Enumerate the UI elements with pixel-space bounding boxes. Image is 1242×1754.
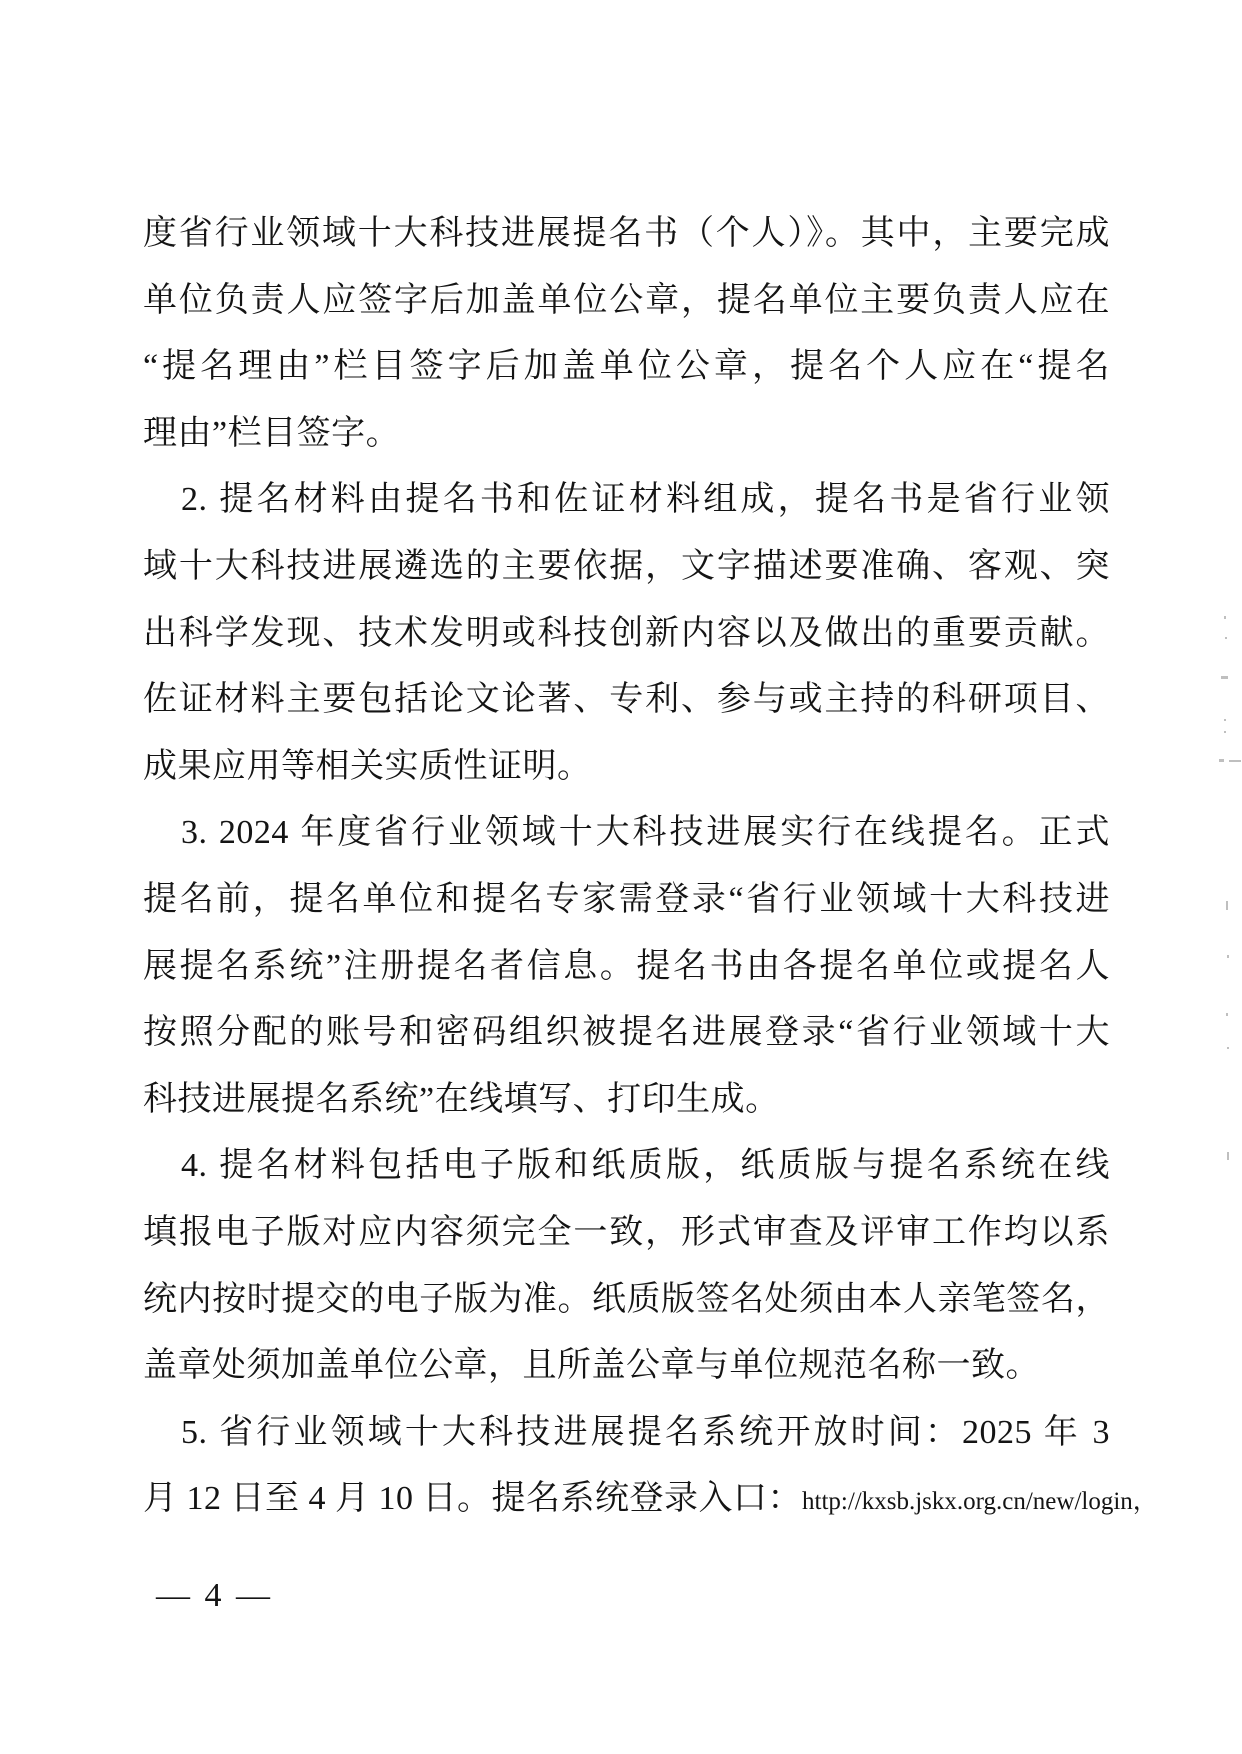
scan-artifact [1226,901,1228,910]
text-line: 出科学发现、技术发明或科技创新内容以及做出的重要贡献。 [143,601,1110,668]
document-page: 度省行业领域十大科技进展提名书（个人）》。其中，主要完成 单位负责人应签字后加盖… [0,0,1242,1754]
scan-artifact [1227,1152,1229,1160]
text-line: 按照分配的账号和密码组织被提名进展登录“省行业领域十大 [143,1000,1110,1067]
scan-artifact [1226,1013,1228,1016]
login-url-text: http://kxsb.jskx.org.cn/new/login， [802,1469,1158,1536]
scan-artifact [1219,759,1224,762]
text-line: 度省行业领域十大科技进展提名书（个人）》。其中，主要完成 [143,201,1110,268]
text-line: 展提名系统”注册提名者信息。提名书由各提名单位或提名人 [143,934,1110,1001]
text-line-prefix: 月 12 日至 4 月 10 日。提名系统登录入口： [143,1466,802,1533]
scan-artifact [1229,760,1241,762]
text-line: “提名理由”栏目签字后加盖单位公章，提名个人应在“提名 [143,334,1110,401]
text-line-item-4: 4. 提名材料包括电子版和纸质版，纸质版与提名系统在线 [143,1133,1110,1200]
scan-artifact [1221,676,1228,679]
scan-artifact [1224,731,1226,733]
text-line: 科技进展提名系统”在线填写、打印生成。 [143,1067,1110,1134]
text-line-item-5: 5. 省行业领域十大科技进展提名系统开放时间：2025 年 3 [143,1400,1110,1467]
text-line: 单位负责人应签字后加盖单位公章，提名单位主要负责人应在 [143,268,1110,335]
page-number: — 4 — [156,1576,273,1616]
scan-artifact [1224,616,1226,619]
text-line: 统内按时提交的电子版为准。纸质版签名处须由本人亲笔签名， [143,1267,1110,1334]
text-line-with-url: 月 12 日至 4 月 10 日。提名系统登录入口： http://kxsb.j… [143,1466,1110,1533]
text-line: 成果应用等相关实质性证明。 [143,734,1110,801]
text-line: 填报电子版对应内容须完全一致，形式审查及评审工作均以系 [143,1200,1110,1267]
scan-artifact [1224,719,1226,721]
text-line: 域十大科技进展遴选的主要依据，文字描述要准确、客观、突 [143,534,1110,601]
scan-artifact [1225,637,1227,639]
text-line: 理由”栏目签字。 [143,401,1110,468]
text-line: 佐证材料主要包括论文论著、专利、参与或主持的科研项目、 [143,667,1110,734]
scan-artifact [1227,955,1229,958]
scan-artifact [1227,1047,1229,1049]
text-line: 盖章处须加盖单位公章，且所盖公章与单位规范名称一致。 [143,1333,1110,1400]
text-line: 提名前，提名单位和提名专家需登录“省行业领域十大科技进 [143,867,1110,934]
text-line-item-3: 3. 2024 年度省行业领域十大科技进展实行在线提名。正式 [143,800,1110,867]
text-line-item-2: 2. 提名材料由提名书和佐证材料组成，提名书是省行业领 [143,467,1110,534]
document-body: 度省行业领域十大科技进展提名书（个人）》。其中，主要完成 单位负责人应签字后加盖… [143,201,1110,1533]
